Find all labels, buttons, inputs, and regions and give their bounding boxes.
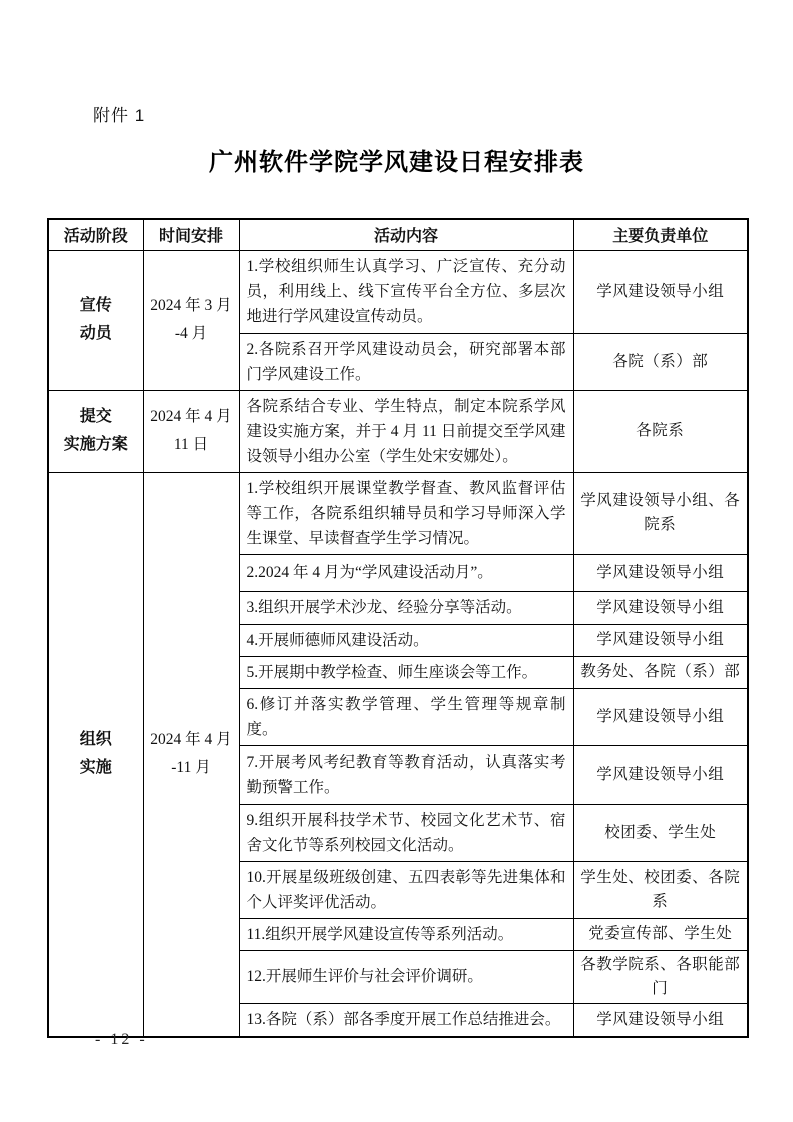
stage-cell: 宣传 动员 bbox=[48, 250, 143, 390]
owner-cell: 各院系 bbox=[573, 390, 748, 472]
owner-cell: 各教学院系、各职能部门 bbox=[573, 950, 748, 1003]
owner-cell: 学风建设领导小组 bbox=[573, 1003, 748, 1037]
table-row: 组织 实施 2024 年 4 月 -11 月 1.学校组织开展课堂教学督查、教风… bbox=[48, 472, 748, 554]
activity-cell: 13.各院（系）部各季度开展工作总结推进会。 bbox=[239, 1003, 573, 1037]
activity-cell: 5.开展期中教学检查、师生座谈会等工作。 bbox=[239, 656, 573, 688]
table-row: 宣传 动员 2024 年 3 月 -4 月 1.学校组织师生认真学习、广泛宣传、… bbox=[48, 250, 748, 333]
page-number: - 12 - bbox=[95, 1031, 148, 1049]
activity-cell: 7.开展考风考纪教育等教育活动，认真落实考勤预警工作。 bbox=[239, 745, 573, 804]
stage-line: 实施 bbox=[51, 754, 141, 782]
time-line: 2024 年 4 月 bbox=[146, 403, 237, 431]
stage-line: 动员 bbox=[51, 320, 141, 348]
activity-cell: 12.开展师生评价与社会评价调研。 bbox=[239, 950, 573, 1003]
activity-cell: 各院系结合专业、学生特点，制定本院系学风建设实施方案，并于 4 月 11 日前提… bbox=[239, 390, 573, 472]
header-cell-stage: 活动阶段 bbox=[48, 219, 143, 250]
activity-cell: 1.学校组织开展课堂教学督查、教风监督评估等工作，各院系组织辅导员和学习导师深入… bbox=[239, 472, 573, 554]
document-page: 附件 1 广州软件学院学风建设日程安排表 活动阶段 时间安排 活动内容 主要负责… bbox=[0, 0, 793, 1122]
header-cell-owner: 主要负责单位 bbox=[573, 219, 748, 250]
owner-cell: 教务处、各院（系）部 bbox=[573, 656, 748, 688]
owner-cell: 学风建设领导小组 bbox=[573, 250, 748, 333]
stage-cell: 提交 实施方案 bbox=[48, 390, 143, 472]
header-cell-activity: 活动内容 bbox=[239, 219, 573, 250]
activity-cell: 2.2024 年 4 月为“学风建设活动月”。 bbox=[239, 554, 573, 591]
attachment-label: 附件 1 bbox=[93, 101, 145, 126]
time-cell: 2024 年 4 月 11 日 bbox=[143, 390, 239, 472]
activity-cell: 4.开展师德师风建设活动。 bbox=[239, 624, 573, 656]
owner-cell: 学风建设领导小组 bbox=[573, 591, 748, 624]
activity-cell: 6.修订并落实教学管理、学生管理等规章制度。 bbox=[239, 688, 573, 745]
owner-cell: 学风建设领导小组 bbox=[573, 745, 748, 804]
owner-cell: 学生处、校团委、各院系 bbox=[573, 861, 748, 918]
stage-line: 组织 bbox=[51, 726, 141, 754]
owner-cell: 学风建设领导小组、各院系 bbox=[573, 472, 748, 554]
owner-cell: 校团委、学生处 bbox=[573, 804, 748, 861]
table-header-row: 活动阶段 时间安排 活动内容 主要负责单位 bbox=[48, 219, 748, 250]
owner-cell: 各院（系）部 bbox=[573, 333, 748, 390]
owner-cell: 党委宣传部、学生处 bbox=[573, 918, 748, 950]
owner-cell: 学风建设领导小组 bbox=[573, 554, 748, 591]
activity-cell: 2.各院系召开学风建设动员会，研究部署本部门学风建设工作。 bbox=[239, 333, 573, 390]
activity-cell: 9.组织开展科技学术节、校园文化艺术节、宿舍文化节等系列校园文化活动。 bbox=[239, 804, 573, 861]
time-line: -4 月 bbox=[146, 320, 237, 348]
owner-cell: 学风建设领导小组 bbox=[573, 688, 748, 745]
time-line: -11 月 bbox=[146, 754, 237, 782]
page-title: 广州软件学院学风建设日程安排表 bbox=[0, 142, 793, 177]
stage-line: 提交 bbox=[51, 403, 141, 431]
activity-cell: 1.学校组织师生认真学习、广泛宣传、充分动员，利用线上、线下宣传平台全方位、多层… bbox=[239, 250, 573, 333]
table-row: 提交 实施方案 2024 年 4 月 11 日 各院系结合专业、学生特点，制定本… bbox=[48, 390, 748, 472]
schedule-table: 活动阶段 时间安排 活动内容 主要负责单位 宣传 动员 2024 年 3 月 -… bbox=[47, 218, 749, 1038]
header-cell-time: 时间安排 bbox=[143, 219, 239, 250]
time-line: 2024 年 4 月 bbox=[146, 726, 237, 754]
activity-cell: 10.开展星级班级创建、五四表彰等先进集体和个人评奖评优活动。 bbox=[239, 861, 573, 918]
stage-line: 宣传 bbox=[51, 292, 141, 320]
time-line: 11 日 bbox=[146, 431, 237, 459]
stage-line: 实施方案 bbox=[51, 431, 141, 459]
activity-cell: 11.组织开展学风建设宣传等系列活动。 bbox=[239, 918, 573, 950]
time-cell: 2024 年 4 月 -11 月 bbox=[143, 472, 239, 1037]
time-cell: 2024 年 3 月 -4 月 bbox=[143, 250, 239, 390]
activity-cell: 3.组织开展学术沙龙、经验分享等活动。 bbox=[239, 591, 573, 624]
owner-cell: 学风建设领导小组 bbox=[573, 624, 748, 656]
time-line: 2024 年 3 月 bbox=[146, 292, 237, 320]
stage-cell: 组织 实施 bbox=[48, 472, 143, 1037]
